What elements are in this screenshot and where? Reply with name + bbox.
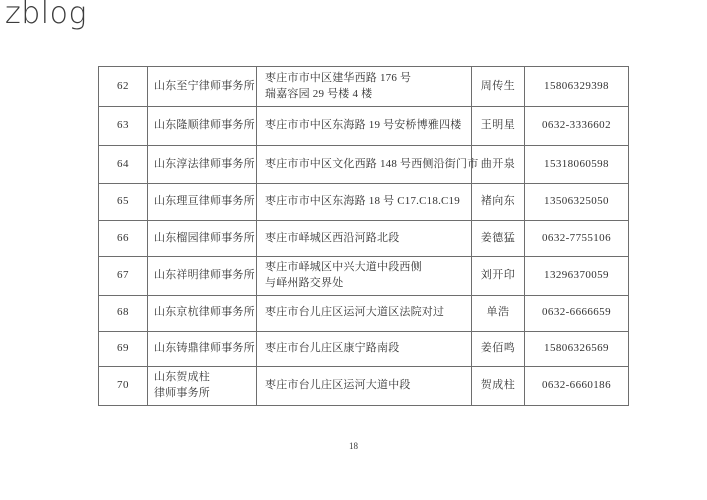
address-cell: 枣庄市峄城区中兴大道中段西侧 与峄州路交界处 xyxy=(257,257,472,296)
contact-cell: 姜德猛 xyxy=(472,221,525,257)
contact-cell: 单浩 xyxy=(472,295,525,331)
contact-cell: 褚向东 xyxy=(472,184,525,221)
firm-name-cell: 山东京杭律师事务所 xyxy=(148,295,257,331)
table-row: 62 山东至宁律师事务所 枣庄市市中区建华西路 176 号 瑞嘉容园 29 号楼… xyxy=(99,67,629,107)
phone-cell: 0632-6666659 xyxy=(525,295,629,331)
contact-cell: 王明星 xyxy=(472,107,525,146)
row-number-cell: 62 xyxy=(99,67,148,107)
phone-cell: 15806329398 xyxy=(525,67,629,107)
contact-cell: 周传生 xyxy=(472,67,525,107)
address-cell: 枣庄市市中区东海路 19 号安桥博雅四楼 xyxy=(257,107,472,146)
contact-cell: 贺成柱 xyxy=(472,366,525,405)
phone-cell: 0632-7755106 xyxy=(525,221,629,257)
table-row: 65 山东理亘律师事务所 枣庄市市中区东海路 18 号 C17.C18.C19 … xyxy=(99,184,629,221)
row-number-cell: 68 xyxy=(99,295,148,331)
address-cell: 枣庄市市中区东海路 18 号 C17.C18.C19 xyxy=(257,184,472,221)
phone-cell: 0632-3336602 xyxy=(525,107,629,146)
row-number-cell: 63 xyxy=(99,107,148,146)
address-cell: 枣庄市市中区文化西路 148 号西侧沿街门市 xyxy=(257,146,472,184)
contact-cell: 姜佰鸣 xyxy=(472,331,525,366)
law-firm-table: 62 山东至宁律师事务所 枣庄市市中区建华西路 176 号 瑞嘉容园 29 号楼… xyxy=(98,66,629,406)
row-number-cell: 65 xyxy=(99,184,148,221)
site-logo[interactable]: zblog xyxy=(5,0,87,31)
page-number: 18 xyxy=(98,441,609,451)
table-row: 69 山东铸鼎律师事务所 枣庄市台儿庄区康宁路南段 姜佰鸣 1580632656… xyxy=(99,331,629,366)
row-number-cell: 64 xyxy=(99,146,148,184)
phone-cell: 13296370059 xyxy=(525,257,629,296)
table-row: 64 山东淳法律师事务所 枣庄市市中区文化西路 148 号西侧沿街门市 曲开泉 … xyxy=(99,146,629,184)
table-row: 63 山东隆顺律师事务所 枣庄市市中区东海路 19 号安桥博雅四楼 王明星 06… xyxy=(99,107,629,146)
table-row: 66 山东榴园律师事务所 枣庄市峄城区西沿河路北段 姜德猛 0632-77551… xyxy=(99,221,629,257)
row-number-cell: 69 xyxy=(99,331,148,366)
phone-cell: 15318060598 xyxy=(525,146,629,184)
address-cell: 枣庄市台儿庄区康宁路南段 xyxy=(257,331,472,366)
firm-name-cell: 山东淳法律师事务所 xyxy=(148,146,257,184)
document-scan: 62 山东至宁律师事务所 枣庄市市中区建华西路 176 号 瑞嘉容园 29 号楼… xyxy=(98,66,609,406)
table-row: 70 山东贺成柱 律师事务所 枣庄市台儿庄区运河大道中段 贺成柱 0632-66… xyxy=(99,366,629,405)
firm-name-cell: 山东至宁律师事务所 xyxy=(148,67,257,107)
contact-cell: 刘开印 xyxy=(472,257,525,296)
row-number-cell: 67 xyxy=(99,257,148,296)
firm-name-cell: 山东贺成柱 律师事务所 xyxy=(148,366,257,405)
firm-name-cell: 山东理亘律师事务所 xyxy=(148,184,257,221)
firm-name-cell: 山东祥明律师事务所 xyxy=(148,257,257,296)
firm-name-cell: 山东铸鼎律师事务所 xyxy=(148,331,257,366)
table-row: 68 山东京杭律师事务所 枣庄市台儿庄区运河大道区法院对过 单浩 0632-66… xyxy=(99,295,629,331)
address-cell: 枣庄市市中区建华西路 176 号 瑞嘉容园 29 号楼 4 楼 xyxy=(257,67,472,107)
phone-cell: 15806326569 xyxy=(525,331,629,366)
table-row: 67 山东祥明律师事务所 枣庄市峄城区中兴大道中段西侧 与峄州路交界处 刘开印 … xyxy=(99,257,629,296)
address-cell: 枣庄市峄城区西沿河路北段 xyxy=(257,221,472,257)
page: zblog 62 山东至宁律师事务所 枣庄市市中区建华西路 176 号 瑞嘉容园… xyxy=(0,0,707,500)
firm-name-cell: 山东榴园律师事务所 xyxy=(148,221,257,257)
row-number-cell: 70 xyxy=(99,366,148,405)
phone-cell: 13506325050 xyxy=(525,184,629,221)
address-cell: 枣庄市台儿庄区运河大道区法院对过 xyxy=(257,295,472,331)
contact-cell: 曲开泉 xyxy=(472,146,525,184)
address-cell: 枣庄市台儿庄区运河大道中段 xyxy=(257,366,472,405)
firm-name-cell: 山东隆顺律师事务所 xyxy=(148,107,257,146)
phone-cell: 0632-6660186 xyxy=(525,366,629,405)
row-number-cell: 66 xyxy=(99,221,148,257)
